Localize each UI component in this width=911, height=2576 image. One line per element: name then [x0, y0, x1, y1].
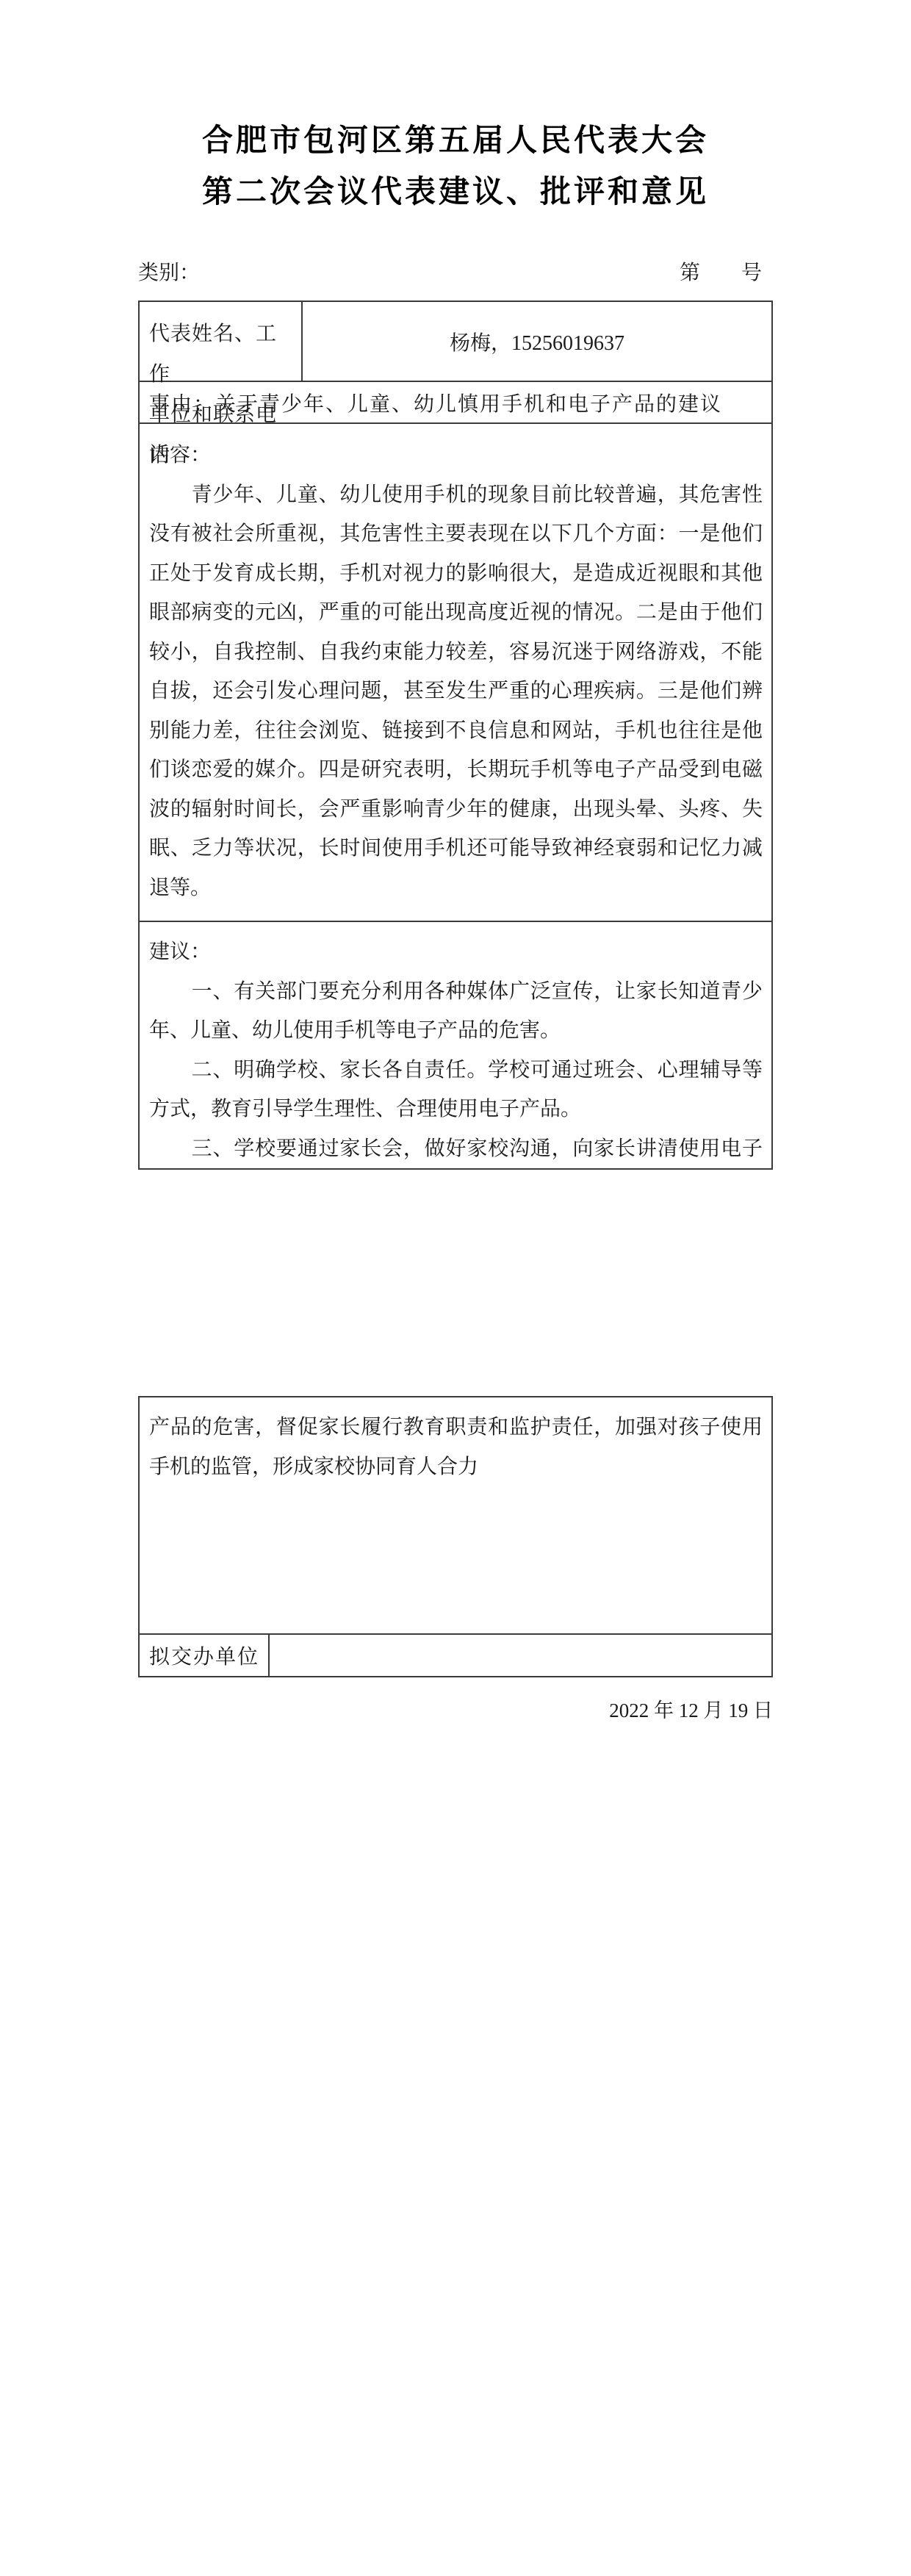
- assign-unit-label: 拟交办单位: [149, 1641, 259, 1670]
- category-label: 类别：: [138, 262, 200, 285]
- document-page: 合肥市包河区第五届人民代表大会 第二次会议代表建议、批评和意见 类别： 第 号 …: [0, 0, 911, 2576]
- text-line: 内容：: [149, 436, 763, 475]
- title-line-2: 第二次会议代表建议、批评和意见: [0, 166, 911, 217]
- title-line-1: 合肥市包河区第五届人民代表大会: [0, 115, 911, 166]
- text-line: 眼部病变的元凶，严重的可能出现高度近视的情况。二是由于他们: [149, 593, 763, 633]
- document-date: 2022 年 12 月 19 日: [138, 1694, 773, 1723]
- representative-value-cell: 杨梅，15256019637: [303, 302, 771, 381]
- text-line: 三、学校要通过家长会，做好家校沟通，向家长讲清使用电子: [149, 1129, 763, 1169]
- text-line: 青少年、儿童、幼儿使用手机的现象目前比较普遍，其危害性: [149, 475, 763, 515]
- text-line: 年、儿童、幼儿使用手机等电子产品的危害。: [149, 1011, 763, 1051]
- text-line: 波的辐射时间长，会严重影响青少年的健康，出现头晕、头疼、失: [149, 790, 763, 830]
- meta-row: 类别： 第 号: [138, 262, 773, 285]
- text-line: 较小，自我控制、自我约束能力较差，容易沉迷于网络游戏，不能: [149, 633, 763, 672]
- text-line: 方式，教育引导学生理性、合理使用电子产品。: [149, 1090, 763, 1129]
- text-line: 一、有关部门要充分利用各种媒体广泛宣传，让家长知道青少: [149, 972, 763, 1012]
- assign-unit-value-cell: [270, 1635, 771, 1676]
- text-line: 建议：: [149, 932, 763, 972]
- text-line: 自拔，还会引发心理问题，甚至发生严重的心理疾病。三是他们辨: [149, 672, 763, 711]
- content-cell: 内容： 青少年、儿童、幼儿使用手机的现象目前比较普遍，其危害性没有被社会所重视，…: [140, 424, 771, 922]
- text-line: 退等。: [149, 868, 763, 908]
- assign-unit-row: 拟交办单位: [140, 1635, 771, 1676]
- text-line: 眠、乏力等状况，长时间使用手机还可能导致神经衰弱和记忆力减: [149, 829, 763, 868]
- subject-row: 事由：关于青少年、儿童、幼儿慎用手机和电子产品的建议: [140, 382, 771, 424]
- continuation-cell: 产品的危害，督促家长履行教育职责和监护责任，加强对孩子使用手机的监管，形成家校协…: [140, 1397, 771, 1635]
- subject-text: 事由：关于青少年、儿童、幼儿慎用手机和电子产品的建议: [149, 388, 722, 417]
- assign-unit-label-cell: 拟交办单位: [140, 1635, 270, 1676]
- text-line: 别能力差，往往会浏览、链接到不良信息和网站，手机也往往是他: [149, 711, 763, 751]
- text-line: 二、明确学校、家长各自责任。学校可通过班会、心理辅导等: [149, 1051, 763, 1090]
- representative-name-phone: 杨梅，15256019637: [450, 327, 624, 356]
- suggestion-cell: 建议： 一、有关部门要充分利用各种媒体广泛宣传，让家长知道青少年、儿童、幼儿使用…: [140, 922, 771, 1168]
- document-title: 合肥市包河区第五届人民代表大会 第二次会议代表建议、批评和意见: [0, 115, 911, 217]
- continuation-table: 产品的危害，督促家长履行教育职责和监护责任，加强对孩子使用手机的监管，形成家校协…: [138, 1396, 773, 1677]
- representative-row: 代表姓名、工作 单位和联系电话 杨梅，15256019637: [140, 302, 771, 382]
- representative-label-cell: 代表姓名、工作 单位和联系电话: [140, 302, 303, 381]
- number-label: 第 号: [680, 262, 773, 285]
- main-form-table: 代表姓名、工作 单位和联系电话 杨梅，15256019637 事由：关于青少年、…: [138, 301, 773, 1170]
- text-line: 没有被社会所重视，其危害性主要表现在以下几个方面：一是他们: [149, 514, 763, 554]
- text-line: 手机的监管，形成家校协同育人合力: [149, 1447, 763, 1487]
- text-line: 产品的危害，督促家长履行教育职责和监护责任，加强对孩子使用: [149, 1408, 763, 1447]
- text-line: 们谈恋爱的媒介。四是研究表明，长期玩手机等电子产品受到电磁: [149, 750, 763, 790]
- text-line: 正处于发育成长期，手机对视力的影响很大，是造成近视眼和其他: [149, 554, 763, 594]
